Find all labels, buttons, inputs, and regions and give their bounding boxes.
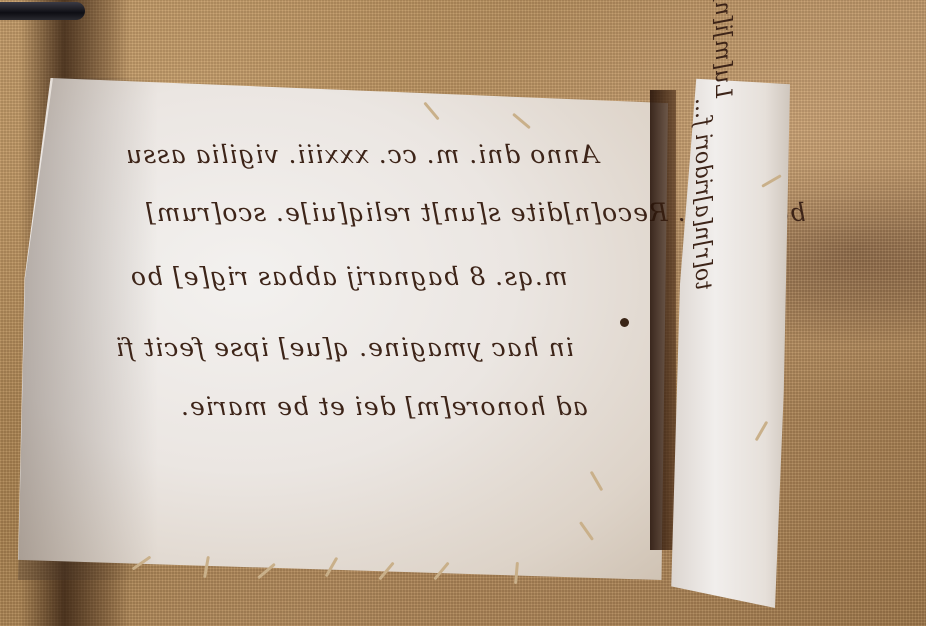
strip-text-bottom: to[r]n[a]ridori f... [690,98,715,290]
strip-gap-shadow [650,90,676,550]
pen-object [0,2,85,20]
inscription-line-5: ad honore[m] dei et be marie. [180,392,588,421]
inscription-line-3: m.qs. 8 bagnarij abbas rig[e] bo [130,262,568,291]
inscription-line-1: Anno dni. m. cc. xxxiii. vigilia assu [125,140,599,169]
strip-text-top: Lu[m]i[n]e Locor[um] suo [710,0,735,98]
inscription-line-4: in hac ymagine. q[ue] ipse fecit fi [115,333,574,362]
photograph: Anno dni. m. cc. xxxiii. vigilia assu be… [0,0,926,626]
parchment-hole [620,318,629,327]
